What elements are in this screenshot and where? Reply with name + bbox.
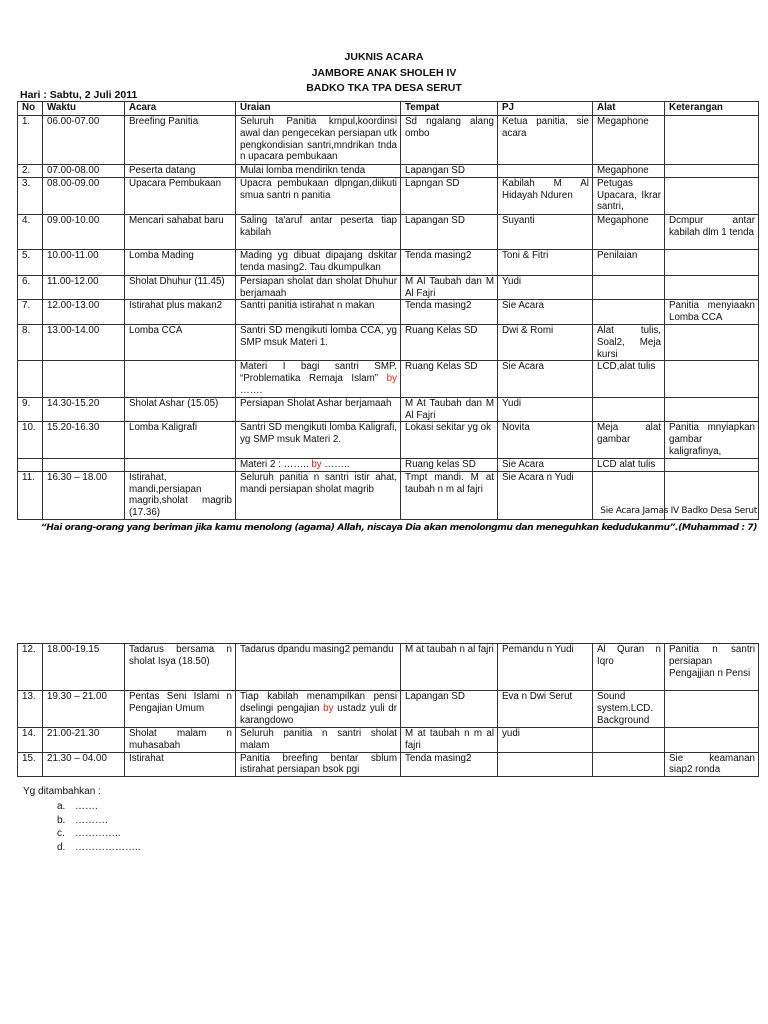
cell-pj: Sie Acara xyxy=(498,300,593,325)
cell-tempat: Ruang kelas SD xyxy=(401,458,498,471)
cell-waktu xyxy=(43,458,125,471)
cell-no: 14. xyxy=(18,728,43,753)
cell-no xyxy=(18,458,43,471)
cell-pj: Yudi xyxy=(498,397,593,422)
cell-waktu: 11.00-12.00 xyxy=(43,275,125,300)
uraian-presenter-marker: by xyxy=(387,373,397,384)
cell-acara xyxy=(125,458,236,471)
cell-tempat: Tmpt mandi. M at taubah n m al fajri xyxy=(401,471,498,519)
uraian-presenter-marker: by xyxy=(311,459,321,470)
cell-waktu: 10.00-11.00 xyxy=(43,249,125,275)
list-marker: a. xyxy=(57,800,75,814)
cell-alat xyxy=(593,300,665,325)
uraian-text: Materi 2 : …….. xyxy=(240,459,309,470)
table-row: 13.19.30 – 21.00Pentas Seni Islami n Pen… xyxy=(18,691,759,728)
table-row: 7.12.00-13.00Istirahat plus makan2Santri… xyxy=(18,300,759,325)
table-row: 12.18.00-19.15Tadarus bersama n sholat I… xyxy=(18,644,759,691)
cell-acara: Sholat malam n muhasabah xyxy=(125,728,236,753)
column-header-pj: PJ xyxy=(498,102,593,116)
column-header-no: No xyxy=(18,102,43,116)
cell-keterangan: Panitia n santri persiapan Pengajjian n … xyxy=(665,644,759,691)
uraian-tail: ……. xyxy=(240,385,262,396)
additions-list: a.……. b.………. c.………….. d.……………….. xyxy=(23,800,141,854)
cell-uraian: Seluruh Panitia kmpul,koordinsi awal dan… xyxy=(236,116,401,165)
title-line: JUKNIS ACARA xyxy=(0,50,768,66)
list-marker: c. xyxy=(57,827,75,841)
cell-tempat: Lokasi sekitar yg ok xyxy=(401,422,498,458)
schedule-body-part2: 12.18.00-19.15Tadarus bersama n sholat I… xyxy=(18,644,759,777)
cell-uraian: Persiapan sholat dan sholat Dhuhur berja… xyxy=(236,275,401,300)
cell-pj: Novita xyxy=(498,422,593,458)
cell-tempat: M Al Taubah dan M Al Fajri xyxy=(401,275,498,300)
cell-acara: Sholat Dhuhur (11.45) xyxy=(125,275,236,300)
cell-acara xyxy=(125,361,236,397)
list-item-text: ………. xyxy=(75,815,108,826)
column-header-tempat: Tempat xyxy=(401,102,498,116)
additions-label: Yg ditambahkan : xyxy=(23,786,141,797)
cell-pj: Dwi & Romi xyxy=(498,324,593,360)
cell-uraian: Mulai lomba mendirikn tenda xyxy=(236,165,401,178)
cell-pj: Sie Acara xyxy=(498,458,593,471)
cell-no: 3. xyxy=(18,177,43,214)
additions-section: Yg ditambahkan : a.……. b.………. c.………….. d… xyxy=(23,786,141,854)
cell-waktu: 18.00-19.15 xyxy=(43,644,125,691)
cell-pj: Pemandu n Yudi xyxy=(498,644,593,691)
cell-tempat: Ruang Kelas SD xyxy=(401,324,498,360)
cell-alat xyxy=(593,275,665,300)
cell-keterangan xyxy=(665,165,759,178)
table-row: 1.06.00-07.00Breefing PanitiaSeluruh Pan… xyxy=(18,116,759,165)
cell-waktu: 21.00-21.30 xyxy=(43,728,125,753)
cell-uraian: Tiap kabilah menampilkan pensi dselingi … xyxy=(236,691,401,728)
cell-keterangan xyxy=(665,324,759,360)
schedule-table-part1: No Waktu Acara Uraian Tempat PJ Alat Ket… xyxy=(17,101,759,520)
cell-keterangan: Sie keamanan siap2 ronda xyxy=(665,752,759,777)
cell-alat: Megaphone xyxy=(593,165,665,178)
cell-alat xyxy=(593,397,665,422)
cell-no xyxy=(18,361,43,397)
cell-alat xyxy=(593,752,665,777)
cell-waktu: 09.00-10.00 xyxy=(43,214,125,249)
cell-tempat: Ruang Kelas SD xyxy=(401,361,498,397)
table-row: 4.09.00-10.00Mencari sahabat baruSaling … xyxy=(18,214,759,249)
list-item: d.……………….. xyxy=(57,841,141,855)
table-row: 2.07.00-08.00Peserta datangMulai lomba m… xyxy=(18,165,759,178)
cell-tempat: Lapangan SD xyxy=(401,691,498,728)
table-row: Materi I bagi santri SMP. “Problematika … xyxy=(18,361,759,397)
table-row: 9.14.30-15.20Sholat Ashar (15.05)Persiap… xyxy=(18,397,759,422)
cell-tempat: M At Taubah dan M Al Fajri xyxy=(401,397,498,422)
cell-no: 15. xyxy=(18,752,43,777)
cell-alat: Sound system.LCD. Background xyxy=(593,691,665,728)
cell-uraian: Santri SD mengikuti lomba Kaligrafi, yg … xyxy=(236,422,401,458)
cell-uraian: Materi I bagi santri SMP. “Problematika … xyxy=(236,361,401,397)
cell-alat: Megaphone xyxy=(593,116,665,165)
table-row: 5.10.00-11.00Lomba MadingMading yg dibua… xyxy=(18,249,759,275)
cell-pj: Kabilah M Al Hidayah Nduren xyxy=(498,177,593,214)
cell-alat: LCD,alat tulis xyxy=(593,361,665,397)
cell-keterangan xyxy=(665,116,759,165)
cell-acara: Istirahat, mandi,persiapan magrib,sholat… xyxy=(125,471,236,519)
table-row: 14.21.00-21.30Sholat malam n muhasabahSe… xyxy=(18,728,759,753)
cell-pj xyxy=(498,165,593,178)
list-item: c.………….. xyxy=(57,827,141,841)
cell-alat: Petugas Upacara, Ikrar santri, xyxy=(593,177,665,214)
cell-keterangan: Panitia mnyiapkan gambar kaligrafinya, xyxy=(665,422,759,458)
cell-uraian: Seluruh panitia n santri istir ahat, man… xyxy=(236,471,401,519)
cell-uraian: Tadarus dpandu masing2 pemandu xyxy=(236,644,401,691)
cell-uraian: Santri SD mengikuti lomba CCA, yg SMP ms… xyxy=(236,324,401,360)
cell-tempat: Lapngan SD xyxy=(401,177,498,214)
schedule-table-part2: 12.18.00-19.15Tadarus bersama n sholat I… xyxy=(17,643,759,777)
cell-keterangan xyxy=(665,249,759,275)
table-row: 6.11.00-12.00Sholat Dhuhur (11.45)Persia… xyxy=(18,275,759,300)
cell-acara: Sholat Ashar (15.05) xyxy=(125,397,236,422)
cell-keterangan: Panitia menyiaakn Lomba CCA xyxy=(665,300,759,325)
cell-uraian: Upacra pembukaan dlpngan,diikuti smua sa… xyxy=(236,177,401,214)
cell-alat: Penilaian xyxy=(593,249,665,275)
cell-tempat: Tenda masing2 xyxy=(401,249,498,275)
cell-alat: Megaphone xyxy=(593,214,665,249)
cell-no: 9. xyxy=(18,397,43,422)
column-header-acara: Acara xyxy=(125,102,236,116)
table-row: 15.21.30 – 04.00IstirahatPanitia breefin… xyxy=(18,752,759,777)
cell-acara: Lomba CCA xyxy=(125,324,236,360)
cell-keterangan xyxy=(665,691,759,728)
cell-pj: yudi xyxy=(498,728,593,753)
list-item: a.……. xyxy=(57,800,141,814)
cell-waktu: 16.30 – 18.00 xyxy=(43,471,125,519)
cell-keterangan xyxy=(665,361,759,397)
table-row: 3.08.00-09.00Upacara PembukaanUpacra pem… xyxy=(18,177,759,214)
cell-uraian: Mading yg dibuat dipajang dskitar tenda … xyxy=(236,249,401,275)
cell-pj xyxy=(498,752,593,777)
cell-alat xyxy=(593,728,665,753)
cell-keterangan: Dcmpur antar kabilah dlm 1 tenda xyxy=(665,214,759,249)
cell-keterangan xyxy=(665,458,759,471)
cell-keterangan xyxy=(665,397,759,422)
cell-uraian: Santri panitia istirahat n makan xyxy=(236,300,401,325)
cell-tempat: Tenda masing2 xyxy=(401,752,498,777)
list-item: b.………. xyxy=(57,814,141,828)
list-item-text: ………….. xyxy=(75,828,121,839)
column-header-alat: Alat xyxy=(593,102,665,116)
cell-acara: Lomba Mading xyxy=(125,249,236,275)
cell-pj: Toni & Fitri xyxy=(498,249,593,275)
cell-uraian: Materi 2 : …….. by …….. xyxy=(236,458,401,471)
cell-alat: Alat tulis, Soal2, Meja kursi xyxy=(593,324,665,360)
cell-acara: Upacara Pembukaan xyxy=(125,177,236,214)
cell-waktu: 15.20-16.30 xyxy=(43,422,125,458)
cell-uraian: Panitia breefing bentar sblum istirahat … xyxy=(236,752,401,777)
list-item-text: ……………….. xyxy=(75,842,141,853)
cell-waktu: 08.00-09.00 xyxy=(43,177,125,214)
cell-waktu: 21.30 – 04.00 xyxy=(43,752,125,777)
cell-tempat: M at taubah n m al fajri xyxy=(401,728,498,753)
cell-no: 13. xyxy=(18,691,43,728)
list-item-text: ……. xyxy=(75,801,98,812)
cell-acara: Tadarus bersama n sholat Isya (18.50) xyxy=(125,644,236,691)
cell-waktu: 13.00-14.00 xyxy=(43,324,125,360)
cell-tempat: Sd ngalang alang ombo xyxy=(401,116,498,165)
cell-waktu: 19.30 – 21.00 xyxy=(43,691,125,728)
cell-no: 10. xyxy=(18,422,43,458)
cell-waktu xyxy=(43,361,125,397)
day-label: Hari : Sabtu, 2 Juli 2011 xyxy=(20,89,137,101)
cell-waktu: 06.00-07.00 xyxy=(43,116,125,165)
cell-no: 2. xyxy=(18,165,43,178)
signature: Sie Acara Jamas IV Badko Desa Serut xyxy=(600,506,757,516)
cell-pj: Ketua panitia, sie acara xyxy=(498,116,593,165)
cell-pj: Sie Acara xyxy=(498,361,593,397)
cell-tempat: Tenda masing2 xyxy=(401,300,498,325)
table-row: 10.15.20-16.30Lomba KaligrafiSantri SD m… xyxy=(18,422,759,458)
cell-alat: LCD alat tulis xyxy=(593,458,665,471)
cell-no: 7. xyxy=(18,300,43,325)
cell-pj: Sie Acara n Yudi xyxy=(498,471,593,519)
uraian-presenter-marker: by xyxy=(323,703,333,714)
table-header-row: No Waktu Acara Uraian Tempat PJ Alat Ket… xyxy=(18,102,759,116)
cell-acara: Peserta datang xyxy=(125,165,236,178)
cell-no: 12. xyxy=(18,644,43,691)
quote: “Hai orang-orang yang beriman jika kamu … xyxy=(41,522,757,533)
cell-keterangan xyxy=(665,275,759,300)
cell-acara: Pentas Seni Islami n Pengajian Umum xyxy=(125,691,236,728)
cell-pj: Eva n Dwi Serut xyxy=(498,691,593,728)
cell-pj: Suyanti xyxy=(498,214,593,249)
cell-no: 11. xyxy=(18,471,43,519)
cell-acara: Lomba Kaligrafi xyxy=(125,422,236,458)
cell-no: 1. xyxy=(18,116,43,165)
list-marker: b. xyxy=(57,814,75,828)
cell-tempat: M at taubah n al fajri xyxy=(401,644,498,691)
list-marker: d. xyxy=(57,841,75,855)
cell-alat: Al Quran n Iqro xyxy=(593,644,665,691)
cell-uraian: Seluruh panitia n santri sholat malam xyxy=(236,728,401,753)
cell-keterangan xyxy=(665,728,759,753)
table-row: 8.13.00-14.00Lomba CCASantri SD mengikut… xyxy=(18,324,759,360)
table-row: Materi 2 : …….. by ……..Ruang kelas SDSie… xyxy=(18,458,759,471)
uraian-text: Materi I bagi santri SMP. “Problematika … xyxy=(240,361,397,384)
cell-no: 6. xyxy=(18,275,43,300)
schedule-body-part1: 1.06.00-07.00Breefing PanitiaSeluruh Pan… xyxy=(18,116,759,520)
cell-no: 4. xyxy=(18,214,43,249)
cell-no: 8. xyxy=(18,324,43,360)
cell-no: 5. xyxy=(18,249,43,275)
column-header-waktu: Waktu xyxy=(43,102,125,116)
cell-tempat: Lapangan SD xyxy=(401,214,498,249)
cell-acara: Istirahat plus makan2 xyxy=(125,300,236,325)
cell-waktu: 12.00-13.00 xyxy=(43,300,125,325)
title-line: JAMBORE ANAK SHOLEH IV xyxy=(0,66,768,82)
cell-waktu: 14.30-15.20 xyxy=(43,397,125,422)
cell-acara: Istirahat xyxy=(125,752,236,777)
cell-uraian: Saling ta'aruf antar peserta tiap kabila… xyxy=(236,214,401,249)
cell-uraian: Persiapan Sholat Ashar berjamaah xyxy=(236,397,401,422)
cell-acara: Mencari sahabat baru xyxy=(125,214,236,249)
cell-pj: Yudi xyxy=(498,275,593,300)
cell-acara: Breefing Panitia xyxy=(125,116,236,165)
column-header-keterangan: Keterangan xyxy=(665,102,759,116)
uraian-tail: …….. xyxy=(324,459,349,470)
cell-alat: Meja alat gambar xyxy=(593,422,665,458)
cell-keterangan xyxy=(665,177,759,214)
cell-waktu: 07.00-08.00 xyxy=(43,165,125,178)
cell-tempat: Lapangan SD xyxy=(401,165,498,178)
column-header-uraian: Uraian xyxy=(236,102,401,116)
